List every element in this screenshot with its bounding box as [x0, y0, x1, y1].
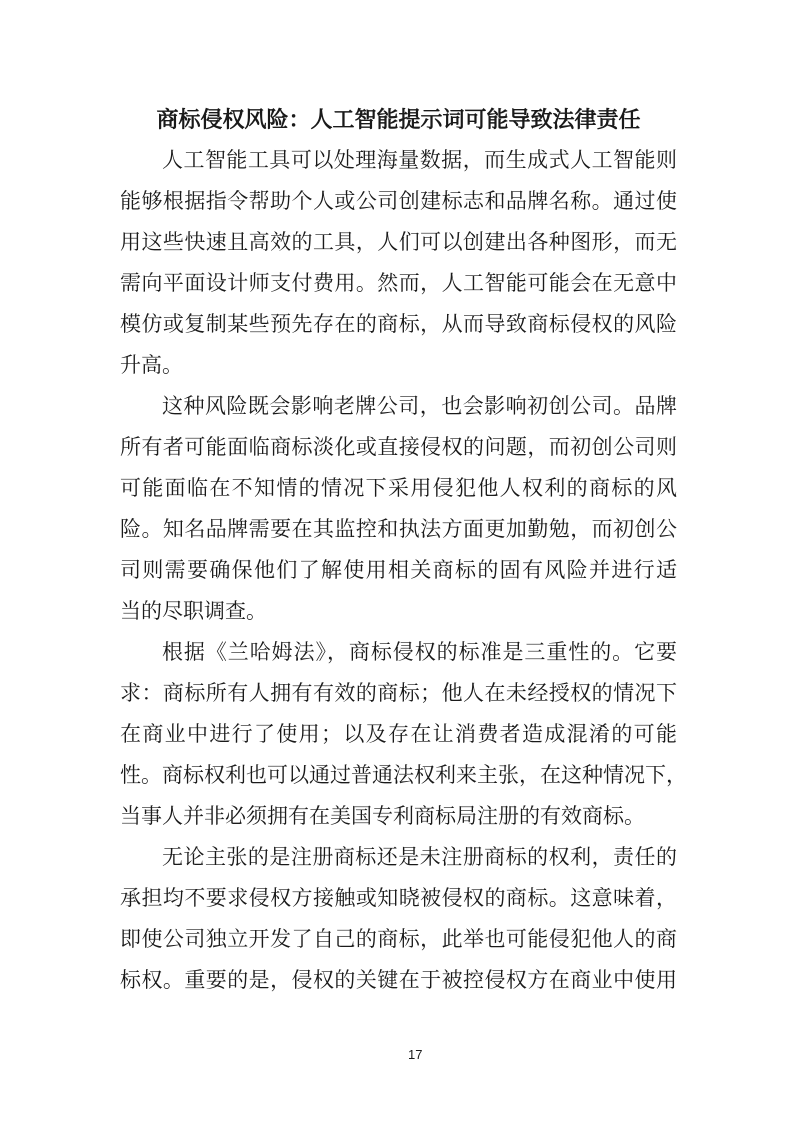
text-line: 可能面临在不知情的情况下采用侵犯他人权利的商标的风: [120, 468, 677, 509]
document-content: 商标侵权风险：人工智能提示词可能导致法律责任 人工智能工具可以处理海量数据，而生…: [120, 99, 677, 1001]
text-line: 司则需要确保他们了解使用相关商标的固有风险并进行适: [120, 550, 677, 591]
document-title: 商标侵权风险：人工智能提示词可能导致法律责任: [120, 99, 677, 140]
text-line: 模仿或复制某些预先存在的商标，从而导致商标侵权的风险: [120, 304, 677, 345]
document-body: 人工智能工具可以处理海量数据，而生成式人工智能则能够根据指令帮助个人或公司创建标…: [120, 140, 677, 1001]
text-line: 所有者可能面临商标淡化或直接侵权的问题，而初创公司则: [120, 427, 677, 468]
text-line: 标权。重要的是，侵权的关键在于被控侵权方在商业中使用: [120, 960, 677, 1001]
text-line: 能够根据指令帮助个人或公司创建标志和品牌名称。通过使: [120, 181, 677, 222]
text-line: 求：商标所有人拥有有效的商标；他人在未经授权的情况下: [120, 673, 677, 714]
page-number: 17: [408, 1047, 422, 1063]
text-line: 在商业中进行了使用；以及存在让消费者造成混淆的可能: [120, 714, 677, 755]
text-line: 用这些快速且高效的工具，人们可以创建出各种图形，而无: [120, 222, 677, 263]
text-line: 无论主张的是注册商标还是未注册商标的权利，责任的: [120, 837, 677, 878]
text-line: 升高。: [120, 345, 677, 386]
text-line: 当的尽职调查。: [120, 591, 677, 632]
text-line: 险。知名品牌需要在其监控和执法方面更加勤勉，而初创公: [120, 509, 677, 550]
text-line: 性。商标权利也可以通过普通法权利来主张，在这种情况下，: [120, 755, 677, 796]
text-line: 需向平面设计师支付费用。然而，人工智能可能会在无意中: [120, 263, 677, 304]
text-line: 即使公司独立开发了自己的商标，此举也可能侵犯他人的商: [120, 919, 677, 960]
text-line: 当事人并非必须拥有在美国专利商标局注册的有效商标。: [120, 796, 677, 837]
text-line: 承担均不要求侵权方接触或知晓被侵权的商标。这意味着，: [120, 878, 677, 919]
text-line: 人工智能工具可以处理海量数据，而生成式人工智能则: [120, 140, 677, 181]
document-page: 商标侵权风险：人工智能提示词可能导致法律责任 人工智能工具可以处理海量数据，而生…: [0, 0, 793, 1122]
text-line: 根据《兰哈姆法》，商标侵权的标准是三重性的。它要: [120, 632, 677, 673]
text-line: 这种风险既会影响老牌公司，也会影响初创公司。品牌: [120, 386, 677, 427]
